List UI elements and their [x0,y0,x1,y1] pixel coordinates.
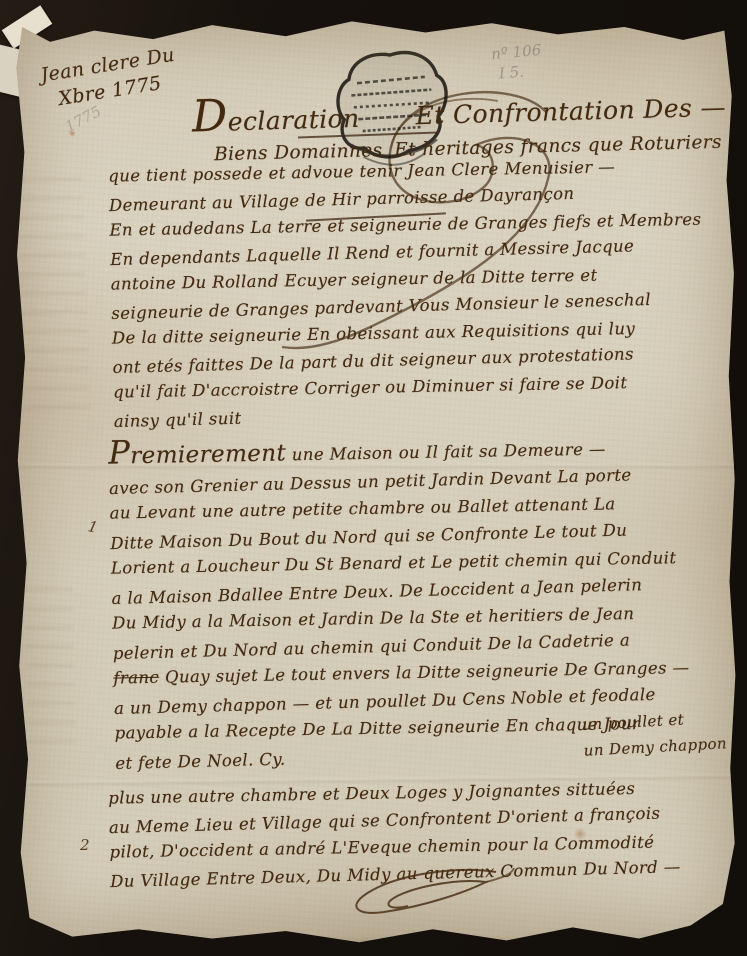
pencil-catalog-annotation: nº 106 I 5. [490,40,543,84]
manuscript-sheet: Jean clere Du Xbre 1775 1775 nº 106 I 5. [6,12,742,946]
declaration-paragraph: que tient possede et advoue tenir Jean C… [108,150,742,434]
manuscript-line-rest: une Maison ou Il fait sa Demeure — [286,440,606,465]
title-word-declaration: Declaration [192,103,360,138]
title-word-confrontation: Et Confrontation Des — [415,93,726,132]
struck-out-word: franc [113,668,159,688]
document-title: Declaration Et Confrontation Des — [192,93,727,138]
corner-inscription: Jean clere Du Xbre 1775 [39,42,181,115]
plus-paragraph: plus une autre chambre et Deux Loges y J… [108,772,738,894]
margin-item-number: 2 [80,836,90,854]
opening-word: Premierement [108,436,286,471]
cens-margin-note: un poullet et un Demy chappon [582,704,728,763]
verso-ink-showthrough [24,572,75,753]
margin-item-number: 1 [86,517,99,537]
verso-ink-showthrough [15,161,90,423]
catalog-subnumber: I 5. [498,60,544,84]
manuscript-photo: Jean clere Du Xbre 1775 1775 nº 106 I 5. [0,0,747,956]
